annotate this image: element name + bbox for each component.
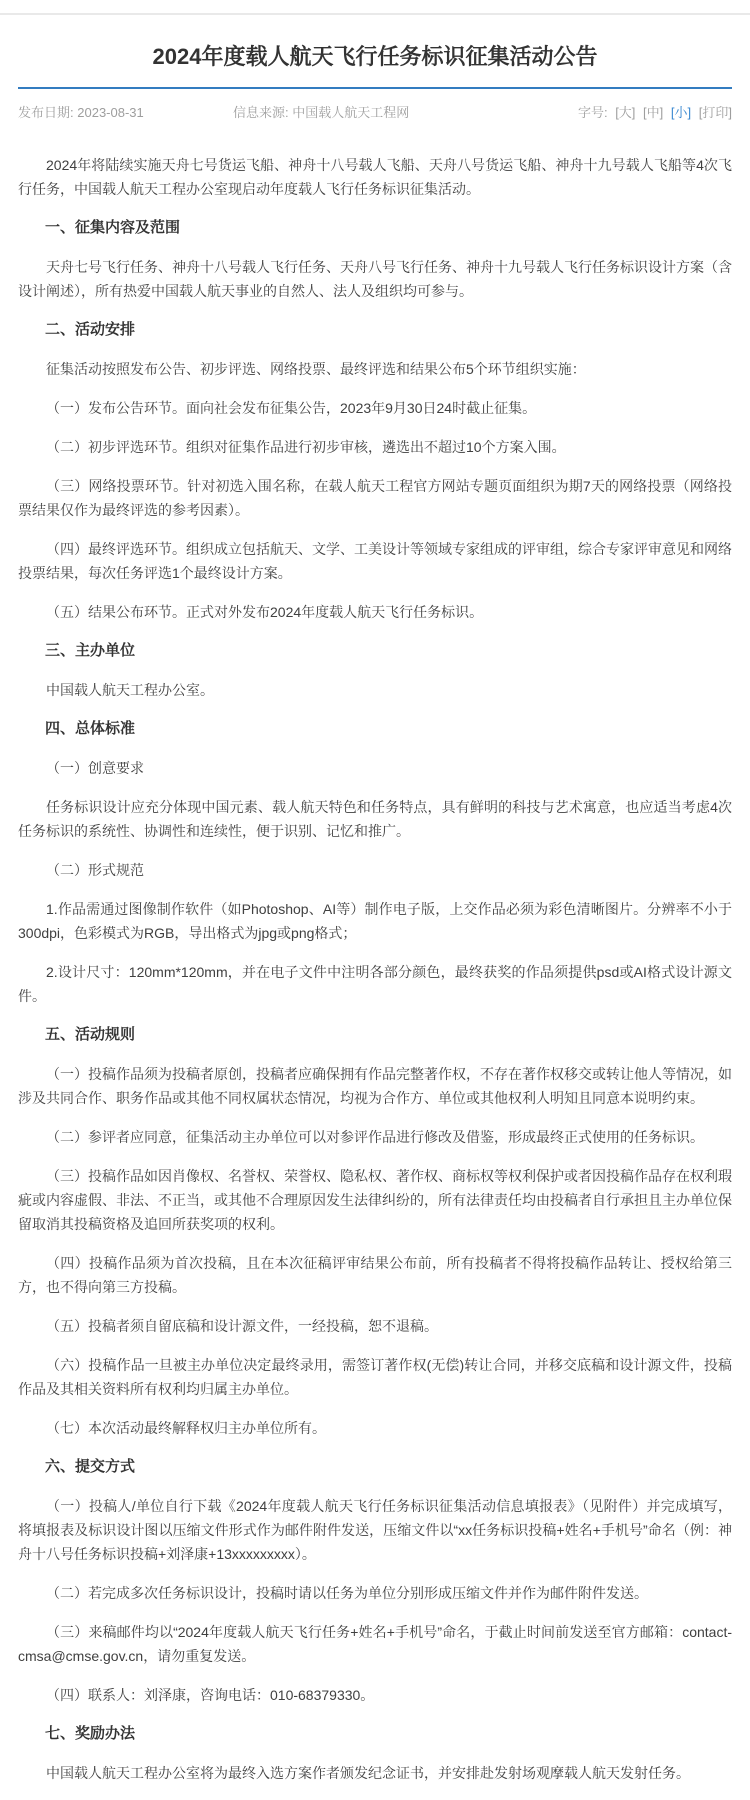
paragraph: （一）投稿人/单位自行下载《2024年度载人航天飞行任务标识征集活动信息填报表》…	[18, 1494, 732, 1566]
paragraph: 征集活动按照发布公告、初步评选、网络投票、最终评选和结果公布5个环节组织实施：	[18, 357, 732, 381]
article-body: 2024年将陆续实施天舟七号货运飞船、神舟十八号载人飞船、天舟八号货运飞船、神舟…	[18, 153, 732, 1785]
paragraph: （二）形式规范	[18, 858, 732, 882]
title-divider	[18, 87, 732, 89]
page-title: 2024年度载人航天飞行任务标识征集活动公告	[48, 42, 702, 72]
paragraph: 中国载人航天工程办公室将为最终入选方案作者颁发纪念证书，并安排赴发射场观摩载人航…	[18, 1761, 732, 1785]
paragraph: （二）初步评选环节。组织对征集作品进行初步审核，遴选出不超过10个方案入围。	[18, 435, 732, 459]
meta-bar: 发布日期: 2023-08-31 信息来源: 中国载人航天工程网 字号: [大]…	[18, 102, 732, 120]
article-container: 2024年度载人航天飞行任务标识征集活动公告 发布日期: 2023-08-31 …	[0, 42, 750, 1785]
info-source: 信息来源: 中国载人航天工程网	[233, 102, 409, 121]
paragraph: 1.作品需通过图像制作软件（如Photoshop、AI等）制作电子版，上交作品必…	[18, 897, 732, 945]
section-heading: 五、活动规则	[18, 1023, 732, 1047]
paragraph: （二）参评者应同意，征集活动主办单位可以对参评作品进行修改及借鉴，形成最终正式使…	[18, 1125, 732, 1149]
font-size-label: 字号:	[578, 105, 608, 120]
paragraph: （三）网络投票环节。针对初选入围名称，在载人航天工程官方网站专题页面组织为期7天…	[18, 474, 732, 522]
paragraph: （六）投稿作品一旦被主办单位决定最终录用，需签订著作权(无偿)转让合同，并移交底…	[18, 1353, 732, 1401]
paragraph: （二）若完成多次任务标识设计，投稿时请以任务为单位分别形成压缩文件并作为邮件附件…	[18, 1581, 732, 1605]
paragraph: （三）投稿作品如因肖像权、名誉权、荣誉权、隐私权、著作权、商标权等权利保护或者因…	[18, 1164, 732, 1236]
font-size-large-button[interactable]: [大]	[615, 105, 635, 120]
section-heading: 四、总体标准	[18, 717, 732, 741]
header-top-divider	[0, 13, 750, 15]
paragraph: （四）联系人：刘泽康，咨询电话：010-68379330。	[18, 1683, 732, 1707]
paragraph: 2024年将陆续实施天舟七号货运飞船、神舟十八号载人飞船、天舟八号货运飞船、神舟…	[18, 153, 732, 201]
paragraph: （五）结果公布环节。正式对外发布2024年度载人航天飞行任务标识。	[18, 600, 732, 624]
paragraph: 中国载人航天工程办公室。	[18, 678, 732, 702]
paragraph: （四）投稿作品须为首次投稿，且在本次征稿评审结果公布前，所有投稿者不得将投稿作品…	[18, 1251, 732, 1299]
paragraph: （一）发布公告环节。面向社会发布征集公告，2023年9月30日24时截止征集。	[18, 396, 732, 420]
publish-date-label: 发布日期:	[18, 105, 74, 120]
publish-date-value: 2023-08-31	[77, 105, 144, 120]
section-heading: 七、奖励办法	[18, 1722, 732, 1746]
paragraph: （五）投稿者须自留底稿和设计源文件，一经投稿，恕不退稿。	[18, 1314, 732, 1338]
font-size-controls: 字号: [大] [中] [小] [打印]	[578, 102, 732, 121]
info-source-label: 信息来源:	[233, 105, 289, 120]
paragraph: 2.设计尺寸：120mm*120mm，并在电子文件中注明各部分颜色，最终获奖的作…	[18, 960, 732, 1008]
publish-date: 发布日期: 2023-08-31	[18, 102, 144, 121]
font-size-small-button[interactable]: [小]	[671, 105, 691, 120]
paragraph: （一）创意要求	[18, 756, 732, 780]
font-size-medium-button[interactable]: [中]	[643, 105, 663, 120]
section-heading: 二、活动安排	[18, 318, 732, 342]
paragraph: （一）投稿作品须为投稿者原创，投稿者应确保拥有作品完整著作权，不存在著作权移交或…	[18, 1062, 732, 1110]
paragraph: 任务标识设计应充分体现中国元素、载人航天特色和任务特点，具有鲜明的科技与艺术寓意…	[18, 795, 732, 843]
print-button[interactable]: [打印]	[699, 105, 732, 120]
paragraph: （四）最终评选环节。组织成立包括航天、文学、工美设计等领域专家组成的评审组，综合…	[18, 537, 732, 585]
section-heading: 六、提交方式	[18, 1455, 732, 1479]
paragraph: 天舟七号飞行任务、神舟十八号载人飞行任务、天舟八号飞行任务、神舟十九号载人飞行任…	[18, 255, 732, 303]
section-heading: 一、征集内容及范围	[18, 216, 732, 240]
section-heading: 三、主办单位	[18, 639, 732, 663]
info-source-value: 中国载人航天工程网	[292, 105, 409, 120]
paragraph: （三）来稿邮件均以“2024年度载人航天飞行任务+姓名+手机号”命名，于截止时间…	[18, 1620, 732, 1668]
paragraph: （七）本次活动最终解释权归主办单位所有。	[18, 1416, 732, 1440]
